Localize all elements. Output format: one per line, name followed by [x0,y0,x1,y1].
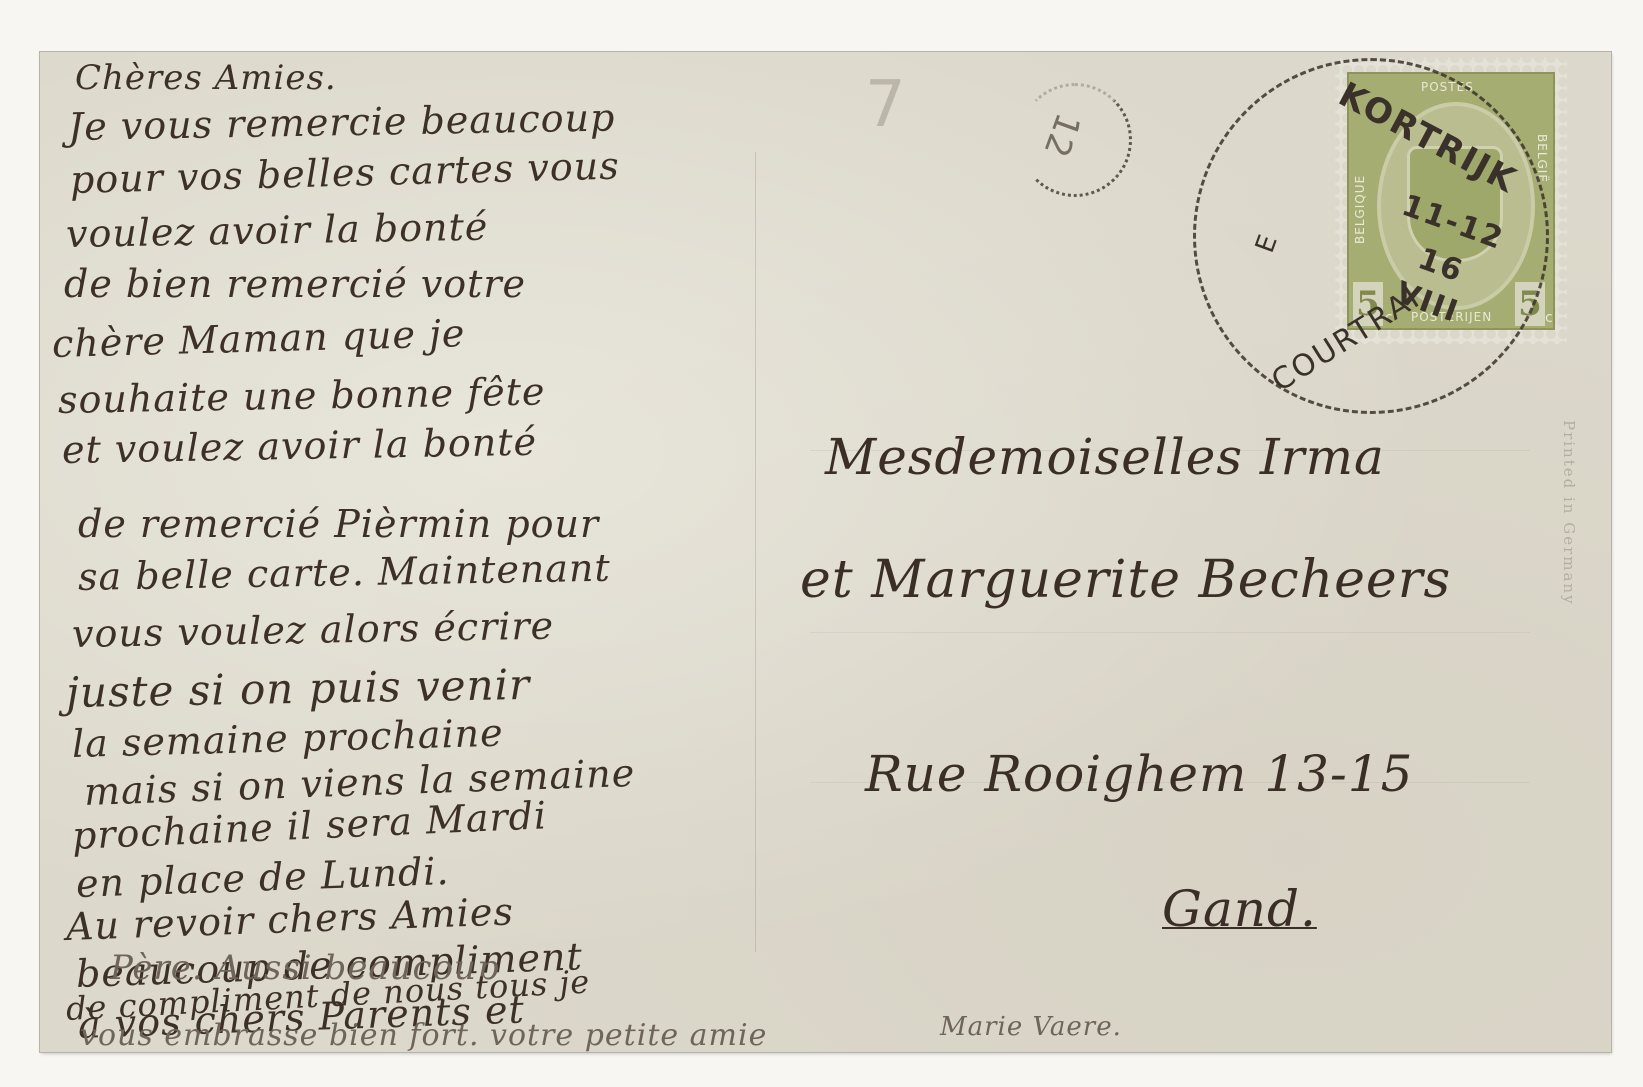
message-line: vous embrasse bien fort. votre petite am… [80,1018,767,1053]
message-line: voulez avoir la bonté [66,205,489,256]
message-line: de bien remercié votre [64,262,526,306]
message-line: sa belle carte. Maintenant [78,546,611,599]
address-line-city: Gand. [1162,880,1317,938]
stamp-unit-right: c [1545,310,1553,326]
signature: Marie Vaere. [940,1012,1122,1042]
center-divider-line [755,152,756,952]
printed-in-germany-text: Printed in Germany [1560,420,1578,606]
message-line: vous voulez alors écrire [72,604,555,656]
message-line: et voulez avoir la bonté [62,420,538,472]
address-line-name: Mesdemoiselles Irma [825,428,1385,486]
message-line: Chères Amies. [75,58,337,98]
address-line-name2: et Marguerite Becheers [800,550,1451,610]
address-guide-line [810,632,1530,633]
message-line: juste si on puis venir [66,660,531,717]
message-line: de remercié Pièrmin pour [78,502,599,546]
address-line-street: Rue Rooighem 13-15 [865,745,1413,803]
message-line: souhaite une bonne fête [58,369,546,422]
pencil-mark: 7 [865,68,906,142]
